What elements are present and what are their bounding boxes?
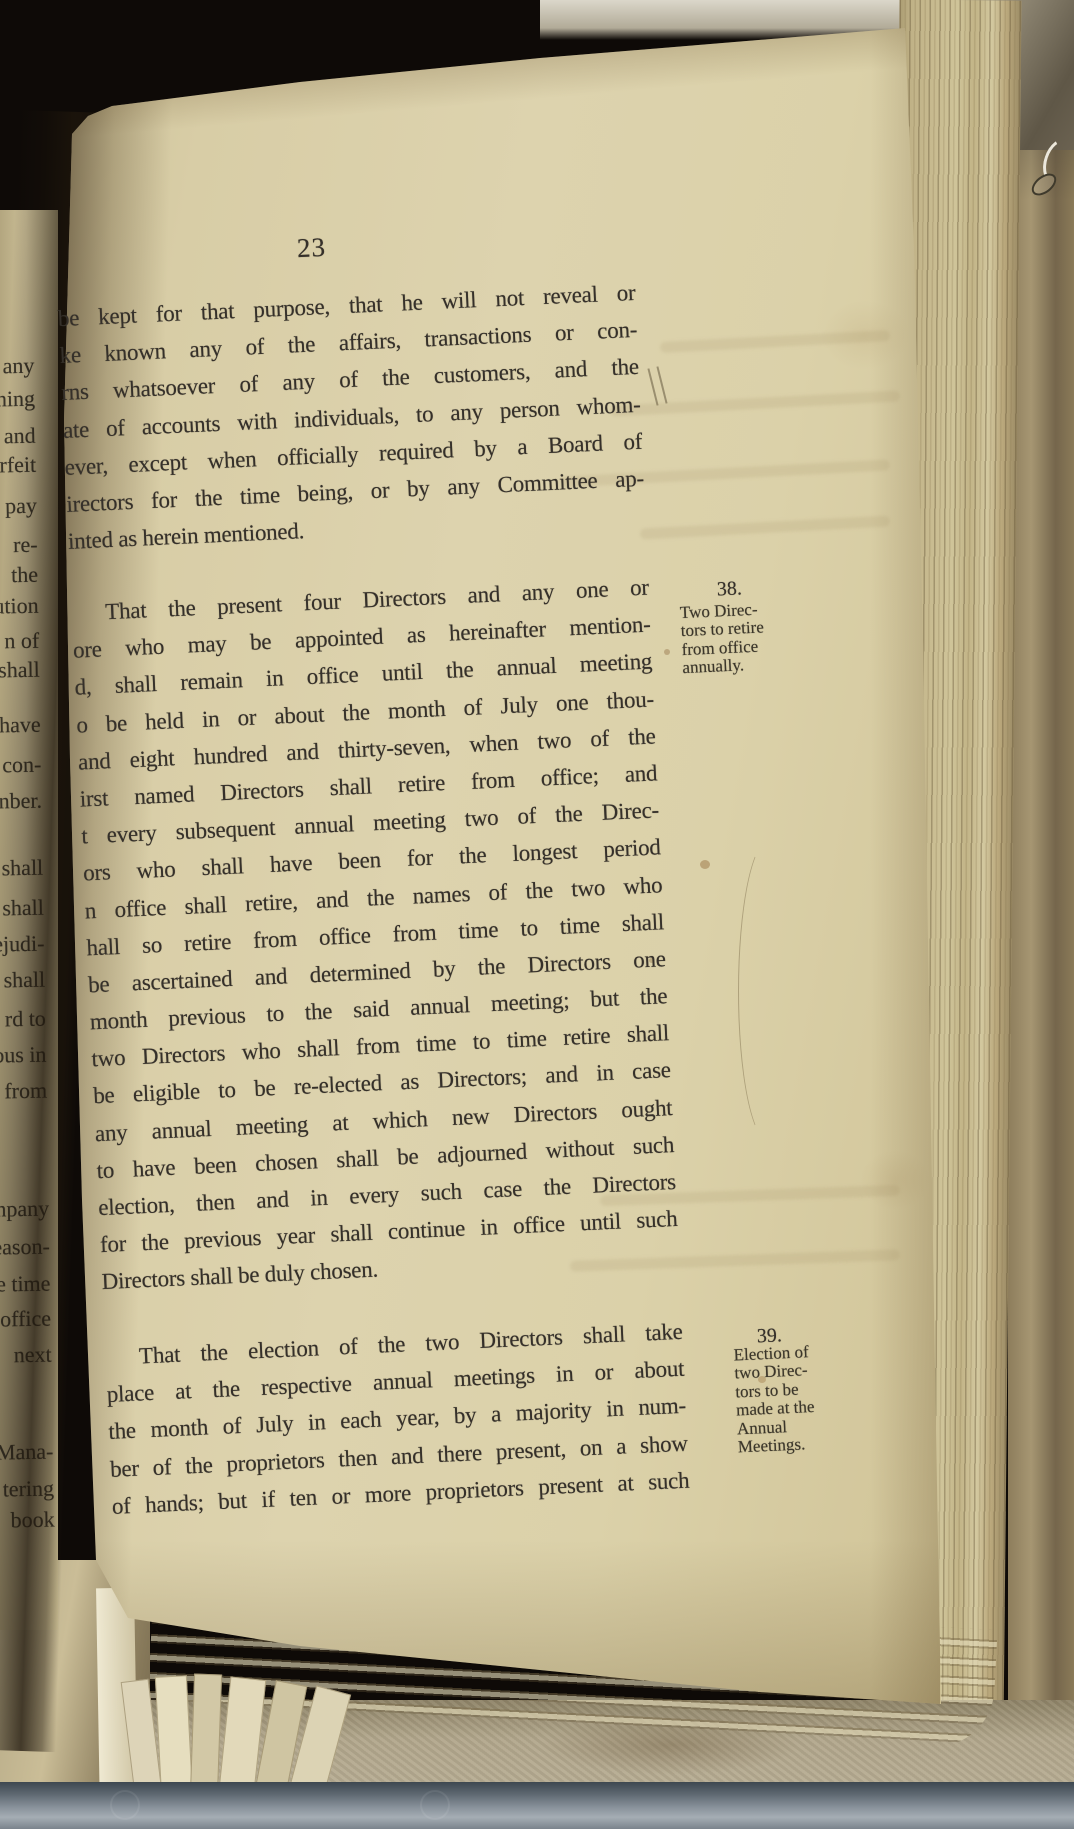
shelf-edge-bar bbox=[0, 1782, 1074, 1829]
book-photograph: anyningandrfeitpayre-theutionn ofshallha… bbox=[0, 0, 1074, 1829]
margin-note-39: Election oftwo Direc-tors to bemade at t… bbox=[733, 1339, 898, 1457]
bar-smudge bbox=[420, 1790, 450, 1820]
margin-note-38: Two Direc-tors to retirefrom officeannua… bbox=[680, 597, 843, 678]
printed-text-layer: 23 be kept for that purpose, that he wil… bbox=[0, 0, 1074, 1829]
paragraph-clause-38: That the present four Directors and any … bbox=[70, 569, 679, 1301]
margin-note-38-number: 38. bbox=[716, 577, 742, 601]
paragraph-confidentiality: be kept for that purpose, that he will n… bbox=[57, 274, 646, 560]
page-number: 23 bbox=[296, 232, 326, 264]
bar-smudge bbox=[110, 1790, 140, 1820]
paragraph-clause-39: That the election of the two Directors s… bbox=[104, 1313, 690, 1525]
